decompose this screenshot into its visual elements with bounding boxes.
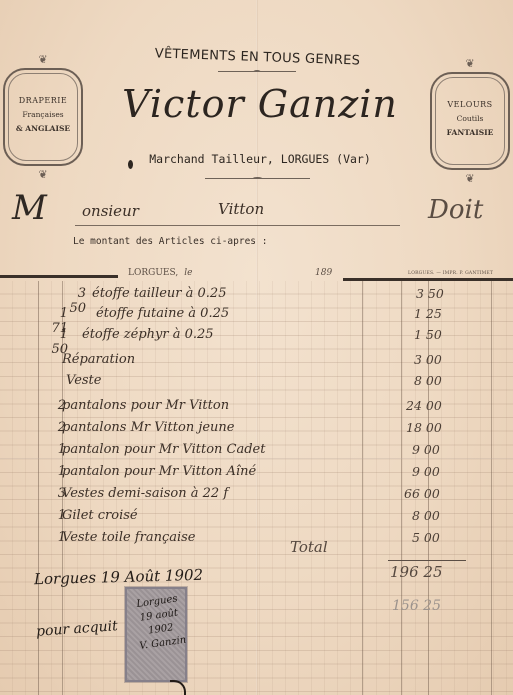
line-item: 1 Veste toile française 5 00: [0, 530, 513, 552]
left-ornament-frame: ❦ DRAPERIE Françaises & ANGLAISE ❦: [3, 68, 83, 166]
line-item: 2 pantalons Mr Vitton jeune 18 00: [0, 420, 513, 442]
item-description: Veste: [66, 373, 101, 388]
frame-line: Françaises: [5, 110, 81, 119]
le-text: le: [184, 268, 192, 278]
flourish-divider: [205, 178, 310, 179]
merchant-subtitle: Marchand Tailleur, LORGUES (Var): [140, 152, 380, 166]
montant-label: Le montant des Articles ci-apres :: [73, 236, 267, 247]
ornament-icon: ❦: [432, 172, 508, 185]
item-description: pantalons Mr Vitton jeune: [62, 420, 235, 435]
printer-label: LORGUES. — IMPR. P. GANTIMET: [408, 271, 493, 276]
customer-name: Vitton: [218, 200, 264, 218]
line-item: Réparation 3 00: [0, 352, 513, 374]
line-item: 3 Vestes demi-saison à 22 f 66 00: [0, 486, 513, 508]
header-rule: [0, 275, 118, 278]
item-amount: 3 50: [416, 286, 476, 301]
invoice-document: VÊTEMENTS EN TOUS GENRES Victor Ganzin M…: [0, 0, 513, 695]
flourish-divider: [218, 71, 296, 72]
doit-label: Doit: [428, 195, 483, 225]
ornament-icon: ❦: [5, 168, 81, 181]
header-rule: [343, 278, 513, 281]
total-amount: 196 25: [390, 563, 443, 581]
ink-blot: [128, 160, 133, 169]
item-amount: 18 00: [406, 420, 466, 435]
line-item: Veste 8 00: [0, 373, 513, 395]
item-amount: 8 00: [412, 508, 472, 523]
total-label: Total: [290, 538, 328, 556]
item-description: Veste toile française: [62, 530, 196, 545]
salutation-initial: M: [12, 188, 47, 228]
stamp-cancellation: Lorgues 19 août 1902 V. Ganzin: [129, 592, 190, 655]
right-ornament-frame: ❦ VELOURS Coutils FANTAISIE ❦: [430, 72, 510, 170]
frame-line: & ANGLAISE: [5, 124, 81, 133]
line-item: 1 Gilet croisé 8 00: [0, 508, 513, 530]
frame-line: VELOURS: [432, 100, 508, 109]
year-label: 189: [315, 268, 332, 278]
item-description: pantalon pour Mr Vitton Cadet: [62, 442, 265, 457]
frame-line: DRAPERIE: [5, 96, 81, 105]
item-amount: 3 00: [414, 352, 474, 367]
item-amount: 8 00: [414, 373, 474, 388]
item-amount: 24 00: [406, 398, 466, 413]
item-amount: 1 50: [414, 327, 474, 342]
total-rule: [388, 560, 466, 561]
place-text: LORGUES,: [128, 268, 178, 278]
line-item: 1 pantalon pour Mr Vitton Cadet 9 00: [0, 442, 513, 464]
item-amount: 9 00: [412, 464, 472, 479]
item-description: pantalons pour Mr Vitton: [62, 398, 229, 413]
line-item: 1 71 étoffe futaine à 0.25 1 25: [0, 306, 513, 328]
addressee-underline: [75, 225, 400, 226]
item-description: étoffe futaine à 0.25: [96, 306, 229, 321]
item-description: pantalon pour Mr Vitton Aîné: [62, 464, 256, 479]
item-amount: 1 25: [414, 306, 474, 321]
item-description: Vestes demi-saison à 22 f: [62, 486, 228, 501]
frame-line: Coutils: [432, 114, 508, 123]
item-amount: 9 00: [412, 442, 472, 457]
merchant-name: Victor Ganzin: [110, 82, 410, 126]
item-amount: 5 00: [412, 530, 472, 545]
line-item: 2 pantalons pour Mr Vitton 24 00: [0, 398, 513, 420]
item-description: étoffe zéphyr à 0.25: [82, 327, 214, 342]
item-description: étoffe tailleur à 0.25: [92, 286, 226, 301]
item-description: Gilet croisé: [62, 508, 138, 523]
pencil-note-amount: 156 25: [392, 598, 441, 614]
line-item: 1 pantalon pour Mr Vitton Aîné 9 00: [0, 464, 513, 486]
place-label: LORGUES,le: [128, 268, 192, 278]
line-item: 3 50 étoffe tailleur à 0.25 3 50: [0, 286, 513, 308]
ornament-icon: ❦: [5, 53, 81, 66]
item-amount: 66 00: [404, 486, 464, 501]
ornament-icon: ❦: [432, 57, 508, 70]
item-description: Réparation: [62, 352, 135, 367]
revenue-stamp: Lorgues 19 août 1902 V. Ganzin: [125, 587, 187, 682]
salutation-handwritten: onsieur: [82, 202, 139, 220]
frame-line: FANTAISIE: [432, 128, 508, 137]
line-item: 1 50 étoffe zéphyr à 0.25 1 50: [0, 327, 513, 349]
